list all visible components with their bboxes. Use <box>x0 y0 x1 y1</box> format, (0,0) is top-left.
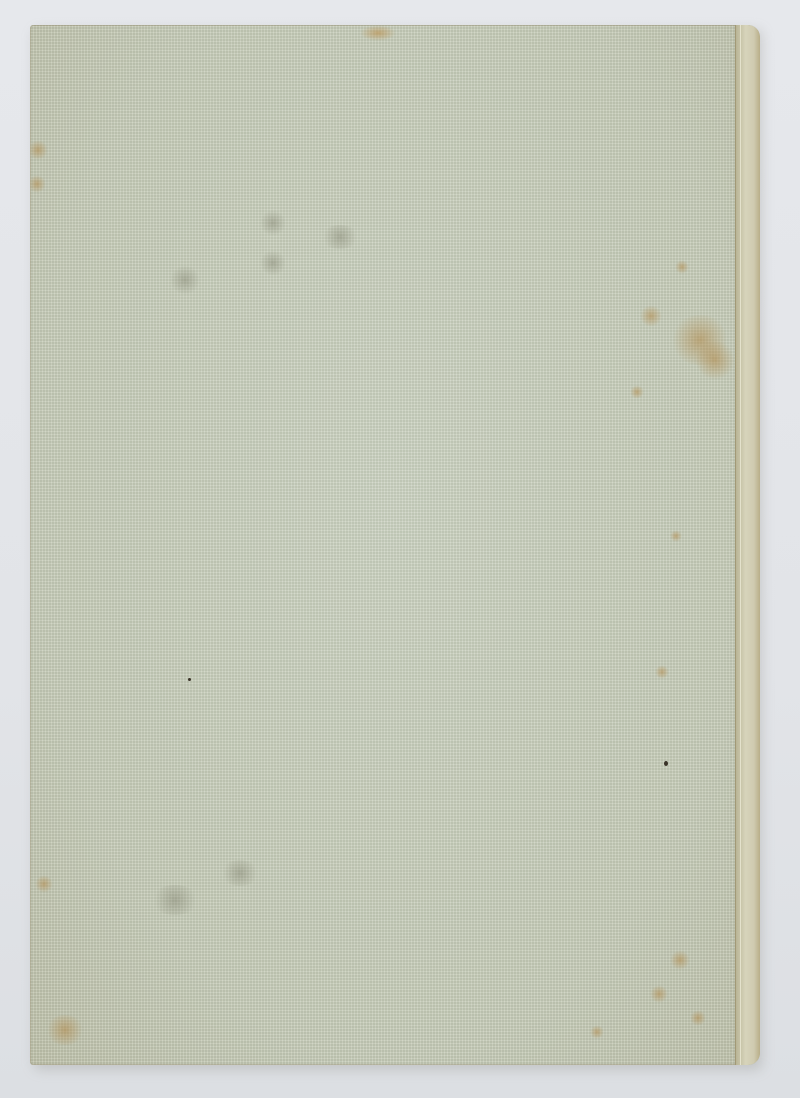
book-cover <box>30 25 760 1065</box>
foxing-stain <box>670 530 682 542</box>
smudge <box>150 885 200 915</box>
foxing-stain <box>590 1025 604 1039</box>
foxing-stain <box>640 305 662 327</box>
foxing-stain <box>655 665 669 679</box>
foxing-stain <box>650 985 668 1003</box>
foxing-stain <box>30 140 48 160</box>
foxing-stain <box>45 1015 85 1045</box>
foxing-stain <box>690 1010 706 1026</box>
dark-spot <box>188 678 191 681</box>
smudge <box>220 860 260 886</box>
smudge <box>320 225 360 249</box>
foxing-stain <box>675 260 689 274</box>
smudge <box>260 250 286 276</box>
foxing-stain <box>30 175 46 193</box>
top-edge-stain <box>360 25 396 41</box>
smudge <box>260 210 286 236</box>
foxing-stain <box>630 385 644 399</box>
book-spine-edge <box>735 25 760 1065</box>
smudge <box>170 265 200 295</box>
dark-spot <box>664 761 668 766</box>
foxing-stain <box>695 340 735 380</box>
foxing-stain <box>670 950 690 970</box>
foxing-stain <box>35 875 53 893</box>
